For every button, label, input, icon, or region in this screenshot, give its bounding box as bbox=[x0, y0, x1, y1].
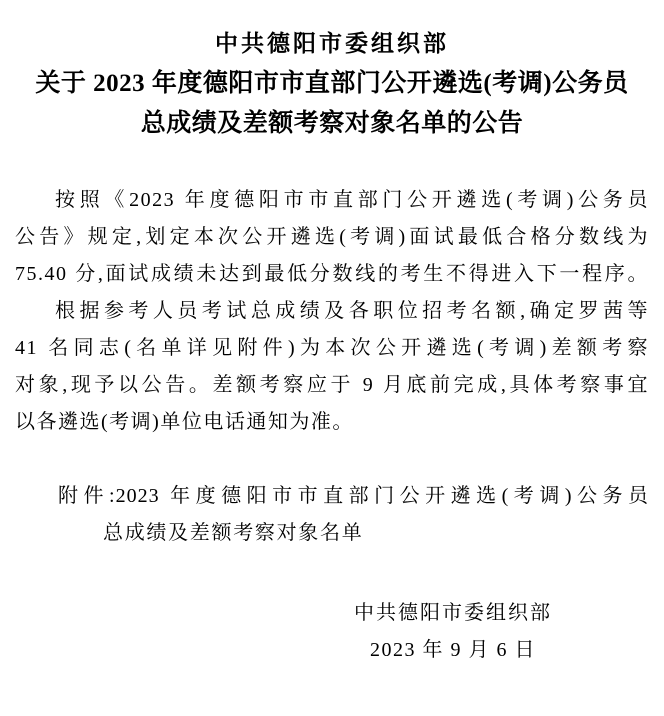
signature-issuer: 中共德阳市委组织部 bbox=[313, 595, 593, 632]
attachment-section: 附件:2023 年度德阳市市直部门公开遴选(考调)公务员 总成绩及差额考察对象名… bbox=[15, 478, 649, 552]
title-subject-line-1: 关于 2023 年度德阳市市直部门公开遴选(考调)公务员 bbox=[15, 64, 649, 104]
paragraph-2-line-4: 以各遴选(考调)单位电话通知为准。 bbox=[15, 404, 649, 441]
paragraph-1-line-1: 按照《2023 年度德阳市市直部门公开遴选(考调)公务员 bbox=[15, 182, 649, 219]
paragraph-2: 根据参考人员考试总成绩及各职位招考名额,确定罗茜等 41 名同志(名单详见附件)… bbox=[15, 293, 649, 441]
attachment-title-part-2: 总成绩及差额考察对象名单 bbox=[103, 515, 649, 552]
document-body: 按照《2023 年度德阳市市直部门公开遴选(考调)公务员 公告》规定,划定本次公… bbox=[15, 182, 649, 441]
attachment-line-1: 附件:2023 年度德阳市市直部门公开遴选(考调)公务员 bbox=[58, 478, 649, 515]
paragraph-2-line-1: 根据参考人员考试总成绩及各职位招考名额,确定罗茜等 bbox=[15, 293, 649, 330]
signature-section: 中共德阳市委组织部 2023 年 9 月 6 日 bbox=[313, 595, 593, 669]
title-subject-line-2: 总成绩及差额考察对象名单的公告 bbox=[15, 104, 649, 144]
title-issuer-line: 中共德阳市委组织部 bbox=[15, 24, 649, 64]
signature-date: 2023 年 9 月 6 日 bbox=[313, 632, 593, 669]
paragraph-2-line-3: 对象,现予以公告。差额考察应于 9 月底前完成,具体考察事宜 bbox=[15, 367, 649, 404]
paragraph-1-line-2: 公告》规定,划定本次公开遴选(考调)面试最低合格分数线为 bbox=[15, 219, 649, 256]
attachment-title-part-1: 2023 年度德阳市市直部门公开遴选(考调)公务员 bbox=[116, 485, 649, 507]
paragraph-1: 按照《2023 年度德阳市市直部门公开遴选(考调)公务员 公告》规定,划定本次公… bbox=[15, 182, 649, 293]
paragraph-1-line-3: 75.40 分,面试成绩未达到最低分数线的考生不得进入下一程序。 bbox=[15, 256, 649, 293]
document-title: 中共德阳市委组织部 关于 2023 年度德阳市市直部门公开遴选(考调)公务员 总… bbox=[15, 24, 649, 144]
document-page: 中共德阳市委组织部 关于 2023 年度德阳市市直部门公开遴选(考调)公务员 总… bbox=[0, 0, 664, 716]
attachment-label: 附件: bbox=[58, 485, 116, 507]
paragraph-2-line-2: 41 名同志(名单详见附件)为本次公开遴选(考调)差额考察 bbox=[15, 330, 649, 367]
